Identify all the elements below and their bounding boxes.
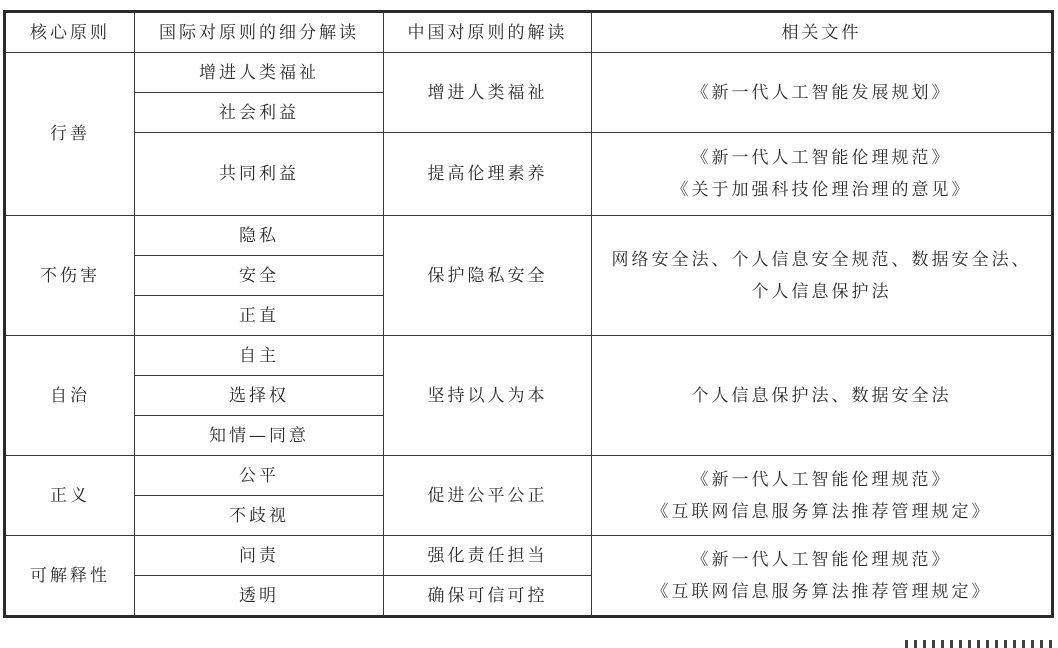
international-cell: 安全 [135,256,384,296]
documents-cell: 《新一代人工智能发展规划》 [592,53,1053,133]
china-cell: 促进公平公正 [384,456,592,536]
international-cell: 自主 [135,336,384,376]
document-title: 《新一代人工智能伦理规范》 [596,464,1047,496]
international-cell: 正直 [135,296,384,336]
documents-cell: 《新一代人工智能伦理规范》 《关于加强科技伦理治理的意见》 [592,133,1053,216]
documents-cell: 《新一代人工智能伦理规范》 《互联网信息服务算法推荐管理规定》 [592,456,1053,536]
china-cell: 强化责任担当 [384,536,592,576]
documents-cell: 《新一代人工智能伦理规范》 《互联网信息服务算法推荐管理规定》 [592,536,1053,617]
international-cell: 增进人类福祉 [135,53,384,93]
international-cell: 选择权 [135,376,384,416]
document-title: 《互联网信息服务算法推荐管理规定》 [596,496,1047,528]
table-row: 自治 自主 坚持以人为本 个人信息保护法、数据安全法 [5,336,1053,376]
international-cell: 问责 [135,536,384,576]
international-cell: 不歧视 [135,496,384,536]
international-cell: 透明 [135,576,384,617]
document-title: 《新一代人工智能发展规划》 [596,77,1047,109]
document-title: 《关于加强科技伦理治理的意见》 [596,174,1047,206]
table-row: 行善 增进人类福祉 增进人类福祉 《新一代人工智能发展规划》 [5,53,1053,93]
principle-cell: 正义 [5,456,135,536]
table-row: 正义 公平 促进公平公正 《新一代人工智能伦理规范》 《互联网信息服务算法推荐管… [5,456,1053,496]
document-list: 个人信息保护法、数据安全法 [596,380,1047,412]
china-cell: 提高伦理素养 [384,133,592,216]
table-row: 不伤害 隐私 保护隐私安全 网络安全法、个人信息安全规范、数据安全法、个人信息保… [5,216,1053,256]
document-title: 《互联网信息服务算法推荐管理规定》 [596,576,1047,608]
china-cell: 确保可信可控 [384,576,592,617]
international-cell: 共同利益 [135,133,384,216]
table-row: 共同利益 提高伦理素养 《新一代人工智能伦理规范》 《关于加强科技伦理治理的意见… [5,133,1053,216]
documents-cell: 个人信息保护法、数据安全法 [592,336,1053,456]
header-china: 中国对原则的解读 [384,12,592,53]
principle-cell: 自治 [5,336,135,456]
cropped-footer-text [905,640,1055,648]
principle-cell: 行善 [5,53,135,216]
china-cell: 增进人类福祉 [384,53,592,133]
header-international: 国际对原则的细分解读 [135,12,384,53]
table-row: 可解释性 问责 强化责任担当 《新一代人工智能伦理规范》 《互联网信息服务算法推… [5,536,1053,576]
document-title: 《新一代人工智能伦理规范》 [596,142,1047,174]
china-cell: 保护隐私安全 [384,216,592,336]
documents-cell: 网络安全法、个人信息安全规范、数据安全法、个人信息保护法 [592,216,1053,336]
international-cell: 社会利益 [135,93,384,133]
principle-cell: 不伤害 [5,216,135,336]
china-cell: 坚持以人为本 [384,336,592,456]
document-list: 网络安全法、个人信息安全规范、数据安全法、个人信息保护法 [606,244,1037,308]
international-cell: 隐私 [135,216,384,256]
principle-cell: 可解释性 [5,536,135,617]
international-cell: 知情—同意 [135,416,384,456]
document-title: 《新一代人工智能伦理规范》 [596,544,1047,576]
principles-table: 核心原则 国际对原则的细分解读 中国对原则的解读 相关文件 行善 增进人类福祉 … [3,10,1054,618]
header-row: 核心原则 国际对原则的细分解读 中国对原则的解读 相关文件 [5,12,1053,53]
international-cell: 公平 [135,456,384,496]
header-documents: 相关文件 [592,12,1053,53]
header-core-principle: 核心原则 [5,12,135,53]
